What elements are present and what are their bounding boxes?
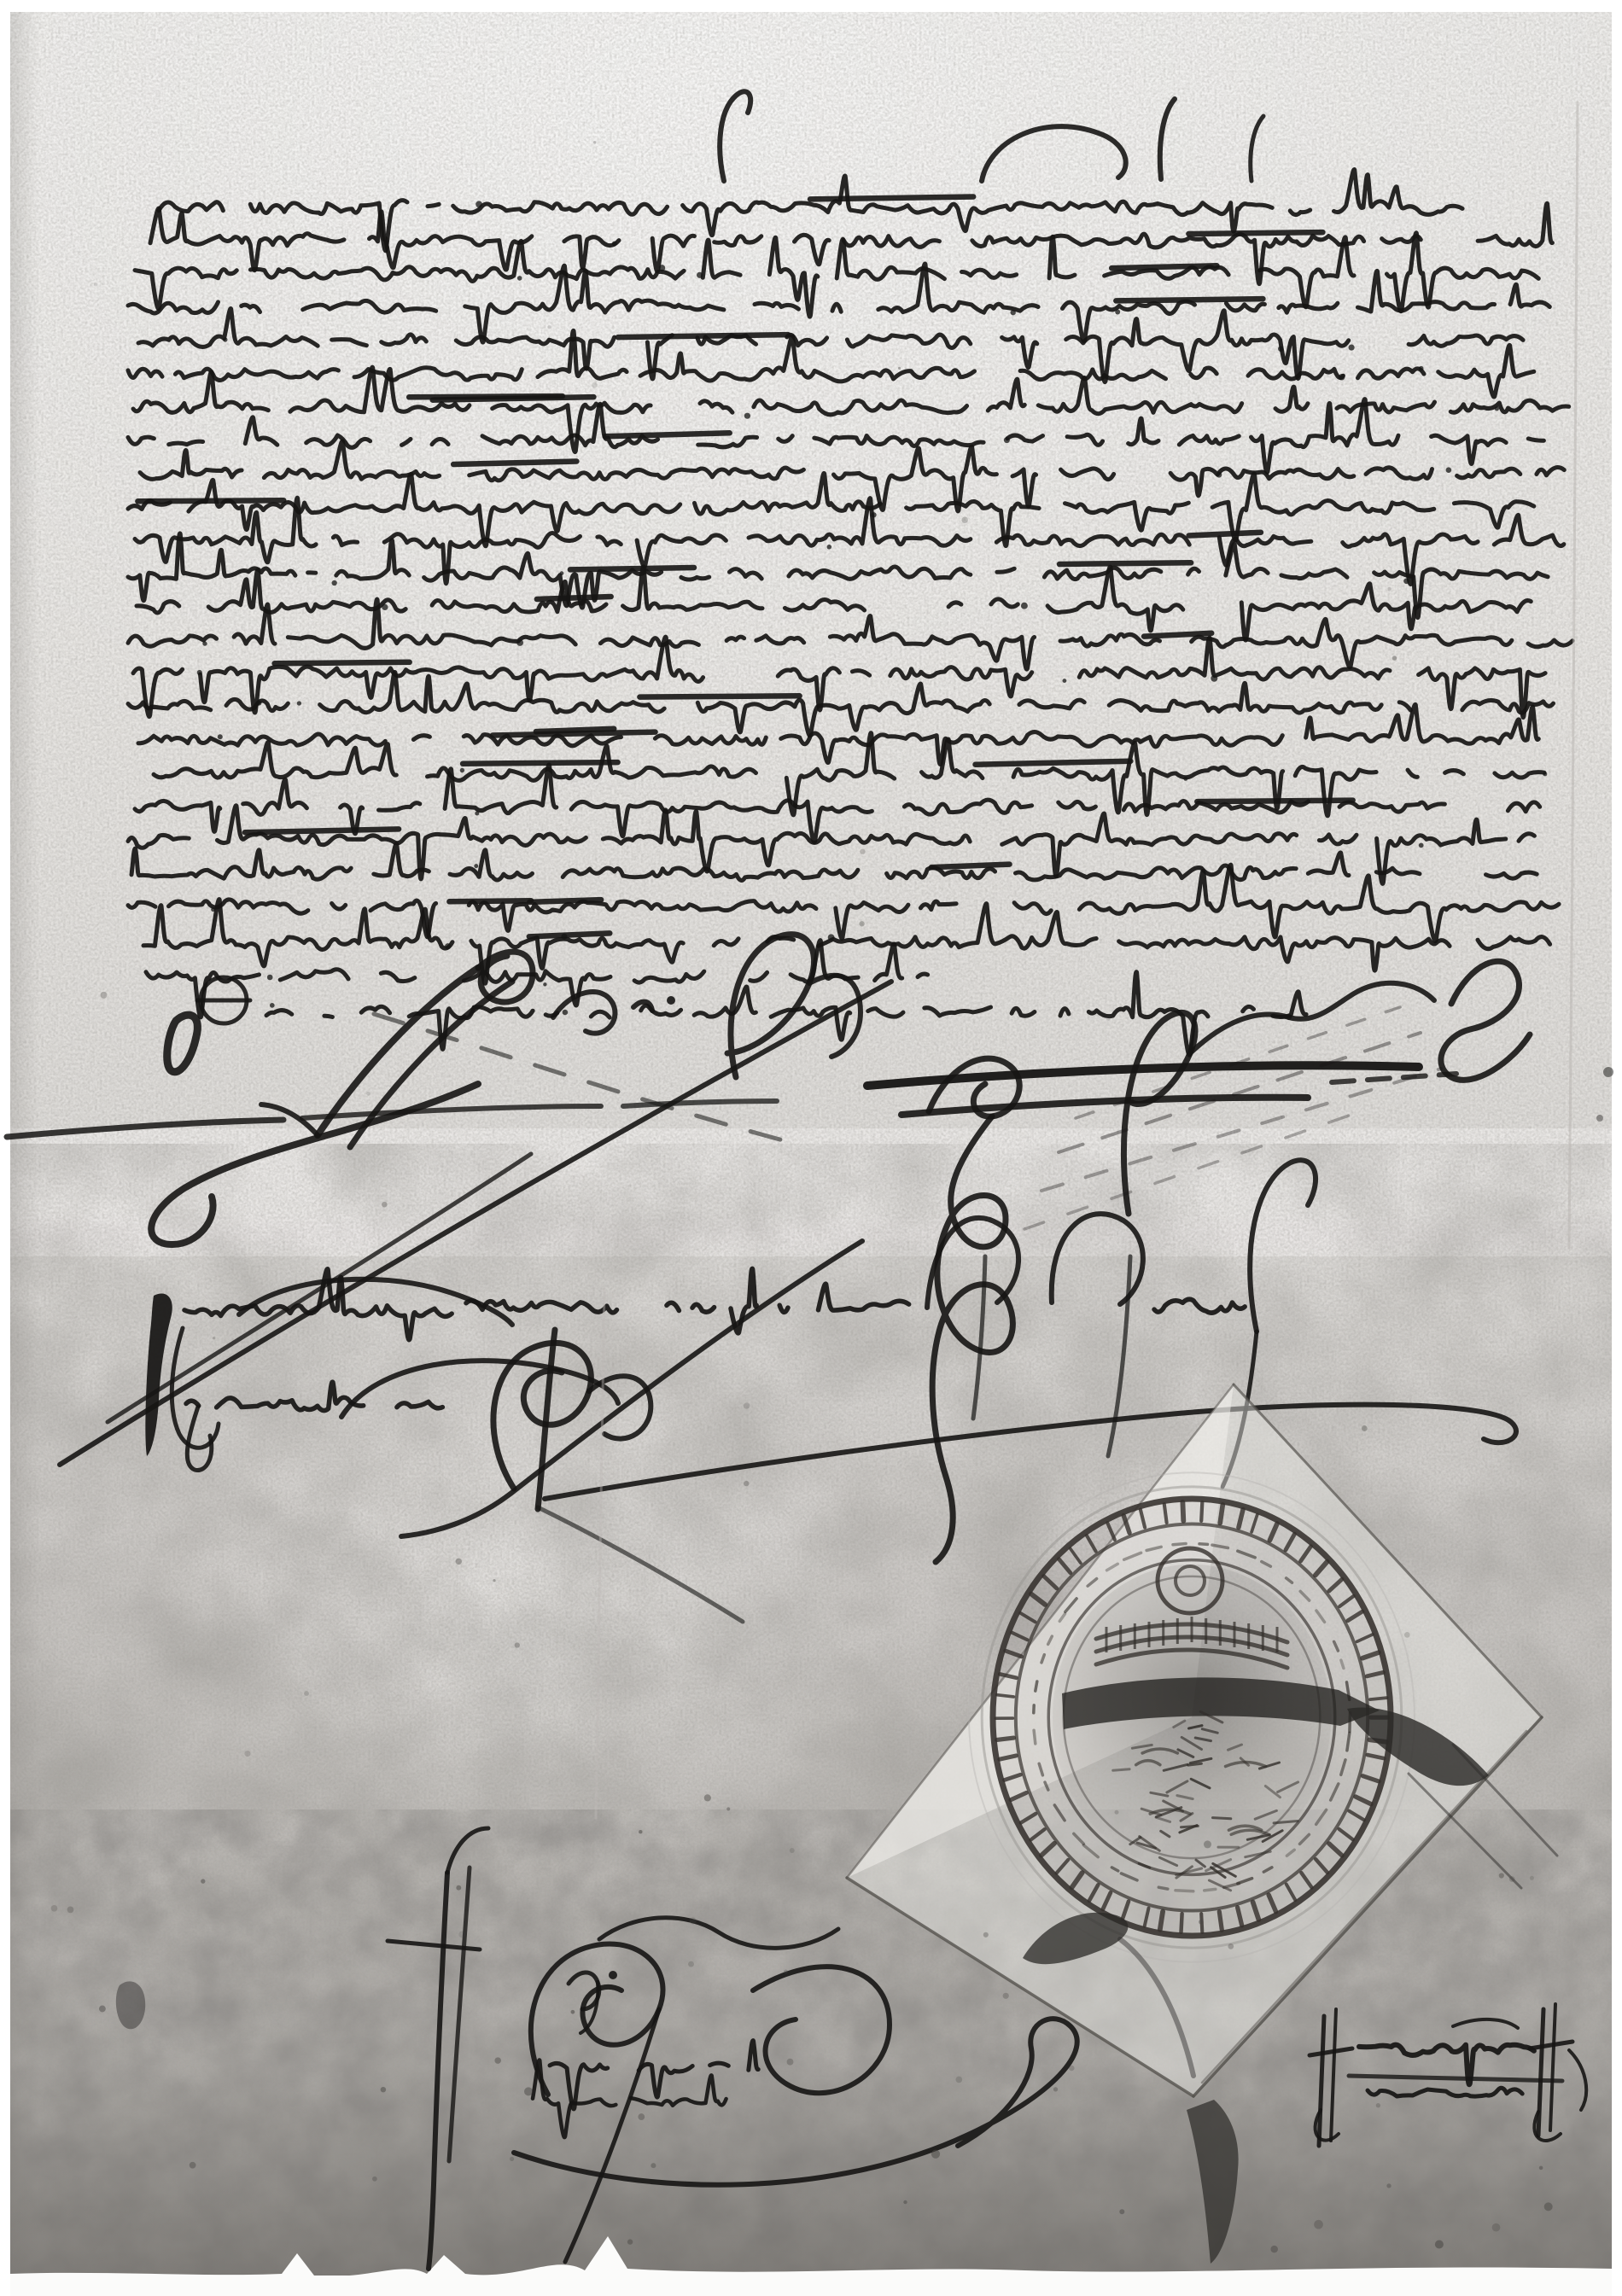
- paper-speck: [456, 1559, 462, 1565]
- scribal-filler-dash: [1144, 633, 1211, 637]
- paper-speck: [593, 141, 596, 143]
- ink-dot: [223, 337, 227, 341]
- paper-speck: [1387, 587, 1392, 591]
- ink-dot: [297, 701, 301, 705]
- ink-dot: [612, 241, 617, 246]
- paper-speck: [651, 2163, 656, 2168]
- ink-dot: [475, 811, 479, 815]
- paper-speck: [571, 2010, 575, 2014]
- seal-rim-tick: [1181, 1914, 1182, 1932]
- paper-speck: [860, 849, 865, 854]
- paper-speck: [688, 1961, 694, 1967]
- paper-speck: [1509, 1876, 1515, 1882]
- ink-dot: [1183, 777, 1187, 781]
- scribal-filler-dash: [1189, 533, 1261, 536]
- paper-speck: [638, 2113, 645, 2120]
- ink-dot: [474, 864, 478, 868]
- paper-speck: [372, 2177, 377, 2182]
- scribal-filler-dash: [275, 662, 410, 664]
- scribal-filler-dash: [409, 396, 563, 397]
- paper-speck: [1392, 656, 1397, 660]
- paper-speck: [244, 1751, 250, 1757]
- ink-dot: [697, 272, 703, 278]
- ink-dot: [1278, 346, 1283, 351]
- paper-speck: [213, 1337, 215, 1339]
- scribal-filler-dash: [639, 696, 799, 696]
- scribal-filler-dash: [605, 433, 730, 436]
- paper-speck: [1069, 2066, 1075, 2072]
- paper-speck: [456, 1885, 461, 1891]
- paper-speck: [903, 2200, 907, 2204]
- seal-legend-dash: [1158, 1887, 1168, 1889]
- margin-speck: [1596, 1115, 1603, 1122]
- ink-dot: [197, 670, 202, 675]
- paper-speck: [1404, 1632, 1410, 1638]
- escribano-dot: [609, 1971, 617, 1979]
- seal-rim-tick: [997, 1695, 1014, 1697]
- ink-dot: [1062, 679, 1066, 683]
- paper-speck: [524, 2087, 533, 2095]
- ink-dot: [1216, 472, 1222, 478]
- ink-dot: [445, 943, 451, 949]
- scribal-filler-dash: [931, 865, 1009, 868]
- scribal-filler-dash: [449, 900, 531, 901]
- ink-dot: [476, 201, 482, 207]
- ink-dot: [517, 276, 522, 281]
- paper-speck: [1204, 1840, 1211, 1848]
- scribal-filler-dash: [537, 597, 611, 599]
- paper-speck: [190, 2162, 196, 2169]
- paper-speck: [67, 1907, 74, 1914]
- scribal-filler-dash: [1116, 299, 1263, 300]
- ink-dot: [1419, 366, 1424, 371]
- ink-dot: [543, 982, 546, 986]
- ink-dot: [382, 604, 388, 610]
- ink-dot: [1115, 310, 1120, 315]
- paper-speck: [898, 367, 901, 370]
- scribal-filler-dash: [570, 568, 694, 569]
- paper-speck: [1270, 2246, 1278, 2253]
- scribal-filler-dash: [1197, 801, 1352, 802]
- ink-dot: [460, 768, 464, 772]
- ink-dot: [1021, 603, 1028, 609]
- scribal-filler-dash: [529, 933, 610, 936]
- manuscript-page: [0, 0, 1622, 2296]
- seal-legend-dash: [1199, 1544, 1208, 1545]
- left-edge-shadow: [10, 12, 39, 2276]
- paper-speck: [51, 1905, 58, 1912]
- scribal-filler-dash: [1188, 232, 1322, 234]
- paper-speck: [1499, 1873, 1504, 1878]
- ink-dot: [270, 1003, 275, 1008]
- paper-speck: [859, 921, 864, 926]
- paper-speck: [304, 1691, 309, 1696]
- paper-background: [0, 0, 1622, 2296]
- ink-dot: [202, 641, 207, 645]
- paper-speck: [493, 1579, 495, 1582]
- paper-speck: [592, 382, 598, 388]
- paper-speck: [1199, 1920, 1204, 1925]
- paper-speck: [366, 1092, 370, 1096]
- paper-speck: [1115, 1810, 1119, 1815]
- paper-speck: [726, 1807, 730, 1810]
- paper-speck: [1228, 1943, 1234, 1949]
- paper-speck: [1539, 2166, 1543, 2171]
- paper-speck: [494, 2057, 501, 2064]
- ink-dot: [561, 934, 567, 940]
- paper-speck: [627, 2239, 633, 2244]
- paper-speck: [983, 1932, 989, 1938]
- paper-speck: [547, 325, 551, 329]
- ink-dot: [1543, 772, 1547, 776]
- paper-speck: [1362, 1425, 1368, 1431]
- paper-speck: [382, 1202, 388, 1208]
- scribal-filler-dash: [493, 732, 656, 736]
- ink-dot: [1211, 675, 1217, 682]
- seal-legend-dash: [1036, 1681, 1037, 1691]
- paper-speck: [99, 2006, 106, 2013]
- ink-dot: [563, 1010, 569, 1016]
- paper-speck: [690, 1917, 697, 1924]
- paper-speck: [101, 992, 108, 999]
- paper-speck: [201, 1879, 205, 1883]
- scribal-filler-dash: [463, 762, 618, 764]
- paper-speck: [510, 2157, 514, 2161]
- ink-dot: [1446, 467, 1452, 473]
- seal-rim-tick: [997, 1738, 1014, 1739]
- ink-dot: [218, 734, 223, 739]
- scribal-filler-dash: [810, 197, 973, 200]
- paper-speck: [1530, 1876, 1534, 1880]
- ink-dot: [267, 975, 273, 981]
- seal-rim-tick: [1220, 1505, 1222, 1524]
- seal-rim-tick: [1219, 1912, 1222, 1931]
- paper-speck: [94, 283, 97, 286]
- seal-rim-tick: [1201, 1502, 1202, 1521]
- scribal-filler-dash: [245, 829, 399, 832]
- scribal-filler-dash: [976, 761, 1131, 765]
- bottom-shadow: [10, 2066, 1612, 2276]
- scribal-filler-dash: [1059, 562, 1191, 564]
- ink-dot: [1349, 345, 1355, 351]
- paper-speck: [1492, 2223, 1501, 2232]
- paper-speck: [1465, 507, 1467, 510]
- paper-speck: [744, 1402, 750, 1409]
- paper-speck: [961, 516, 967, 522]
- ink-dot: [1419, 843, 1424, 848]
- paper-speck: [931, 2150, 940, 2159]
- ink-dot: [828, 934, 835, 941]
- document-scan: [0, 0, 1622, 2296]
- seal-legend-dash: [1173, 1544, 1186, 1545]
- seal-legend-dash: [1205, 1889, 1216, 1891]
- ink-dot: [1011, 310, 1016, 315]
- seal-rim-tick: [1370, 1698, 1387, 1699]
- paper-speck: [1435, 2240, 1444, 2248]
- ink-dot: [1004, 437, 1010, 443]
- paper-speck: [1314, 2220, 1323, 2229]
- paper-speck: [1053, 2087, 1058, 2091]
- scribal-filler-dash: [1111, 265, 1216, 268]
- ink-dot: [1403, 578, 1409, 584]
- scribal-filler-dash: [453, 462, 576, 465]
- paper-speck: [1003, 1993, 1009, 1999]
- scribal-filler-dash: [529, 900, 601, 902]
- paper-speck: [639, 1830, 642, 1833]
- seal-shading: [1053, 1565, 1331, 1870]
- seal-legend-dash: [1176, 1891, 1193, 1891]
- ink-dot: [659, 265, 665, 271]
- seal-legend-dash: [1034, 1730, 1036, 1744]
- paper-speck: [790, 1848, 795, 1853]
- seal-rim-tick: [1182, 1502, 1183, 1521]
- paper-speck: [1544, 2202, 1553, 2211]
- ink-dot: [256, 701, 261, 706]
- ink-dot: [1339, 374, 1345, 381]
- paper-speck: [704, 1794, 711, 1801]
- paper-speck: [744, 1481, 749, 1486]
- ink-dot: [827, 545, 832, 550]
- paper-speck: [784, 1970, 788, 1974]
- seal-rim-tick: [1164, 1504, 1167, 1523]
- ink-dot: [560, 571, 564, 575]
- royal-signature-left-dot: [667, 996, 675, 1005]
- paper-speck: [1376, 2103, 1380, 2107]
- scribal-filler-dash: [137, 500, 283, 501]
- paper-speck: [955, 2077, 962, 2083]
- ink-dot: [332, 580, 337, 586]
- paper-speck: [381, 2087, 386, 2092]
- ink-dot: [516, 639, 523, 646]
- scribal-filler-dash: [618, 335, 788, 337]
- paper-speck: [515, 1642, 520, 1647]
- ink-dot: [1495, 406, 1499, 411]
- seal-rim-tick: [1160, 1911, 1163, 1929]
- paper-speck: [1119, 2209, 1124, 2214]
- paper-speck: [1386, 2183, 1391, 2188]
- paper-speck: [787, 2059, 794, 2066]
- paper-speck: [458, 1931, 465, 1938]
- paper-speck: [1106, 1016, 1111, 1021]
- margin-speck: [1603, 1067, 1613, 1077]
- ink-dot: [744, 413, 750, 419]
